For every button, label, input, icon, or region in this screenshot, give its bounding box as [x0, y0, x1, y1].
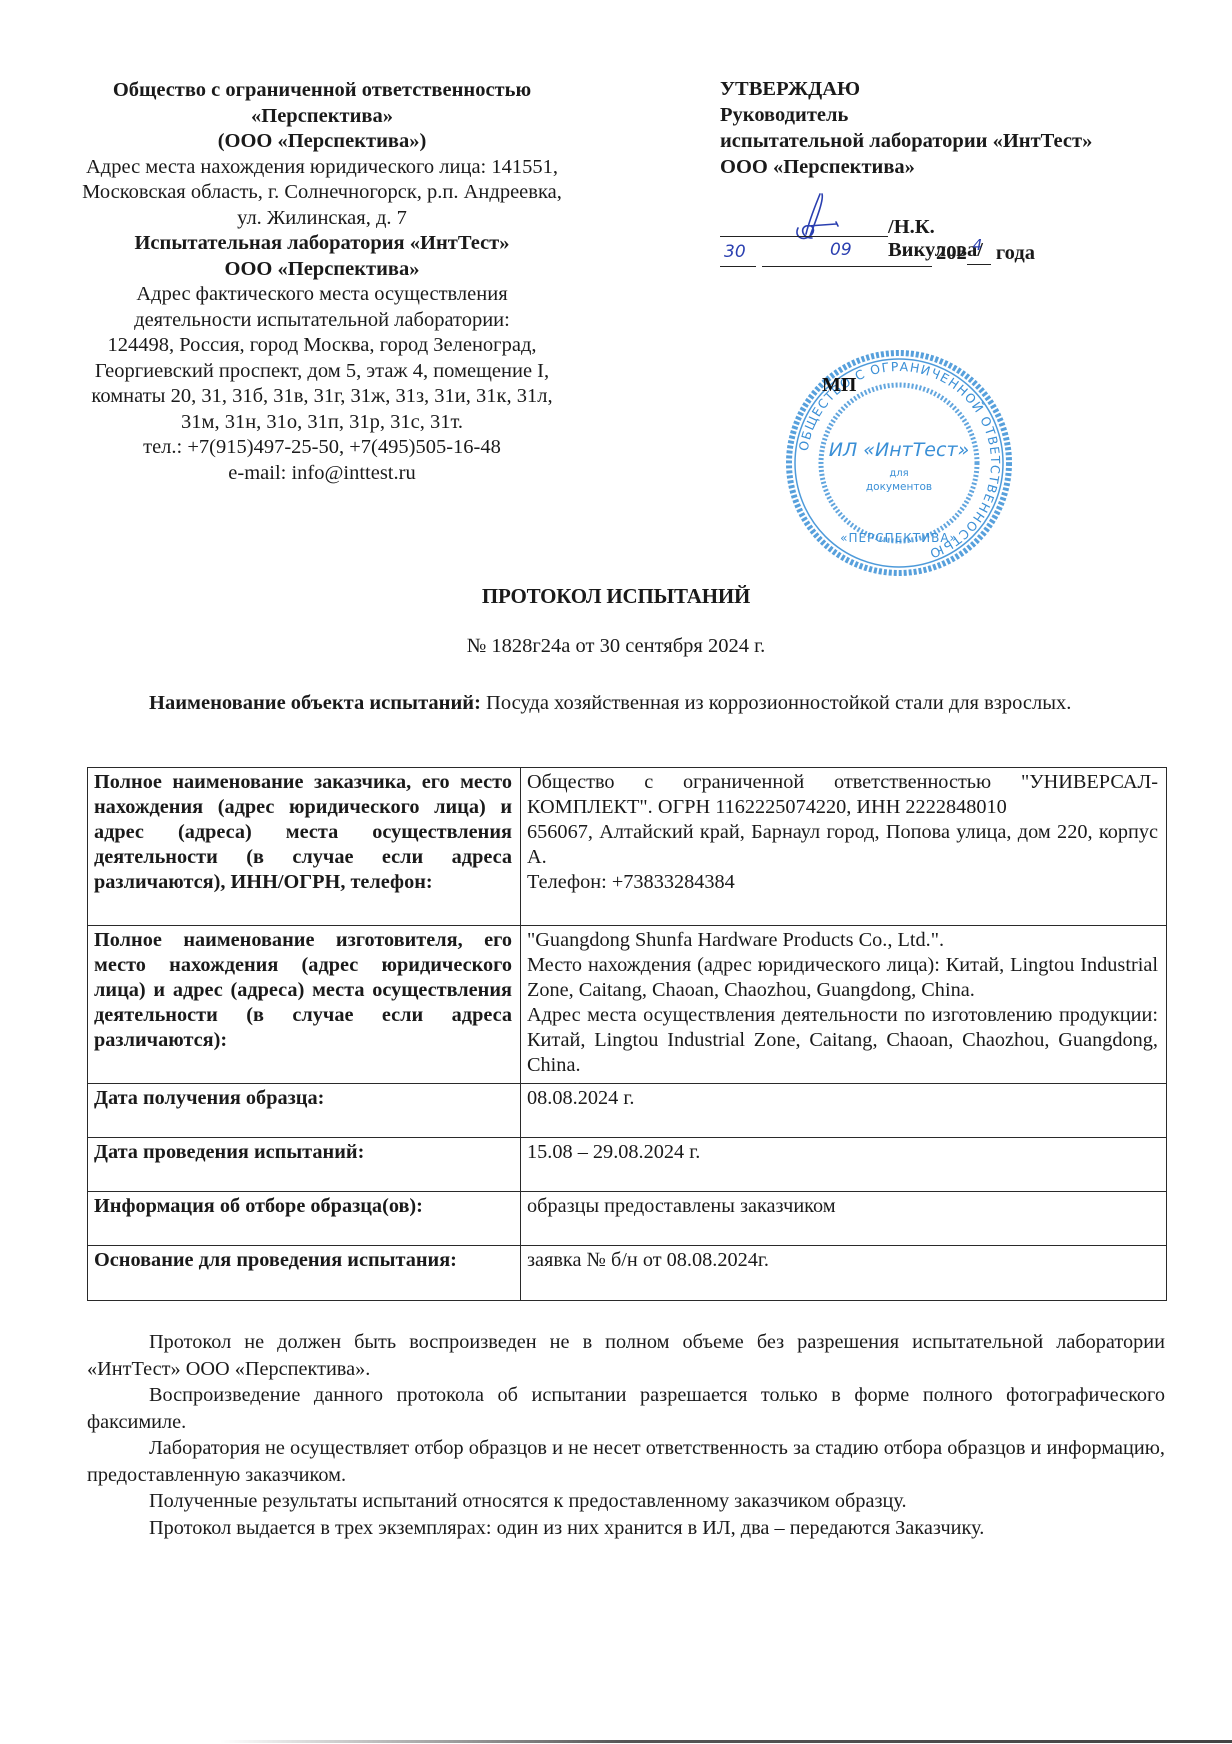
table-value: 15.08 – 29.08.2024 г. — [521, 1138, 1167, 1192]
lab-org: ООО «Перспектива» — [62, 257, 582, 283]
svg-text:ИЛ «ИнтТест»: ИЛ «ИнтТест» — [829, 439, 970, 461]
phone-numbers: тел.: +7(915)497-25-50, +7(495)505-16-48 — [62, 435, 582, 461]
document-page: Общество с ограниченной ответственностью… — [0, 0, 1232, 1744]
actual-address-line6: 31м, 31н, 31о, 31п, 31р, 31с, 31т. — [62, 410, 582, 436]
svg-text:«ПЕРСПЕКТИВА»: «ПЕРСПЕКТИВА» — [840, 531, 958, 545]
test-object: Наименование объекта испытаний: Посуда х… — [87, 689, 1165, 718]
handwritten-year-digit: 4 — [973, 236, 983, 254]
table-row-manufacturer: Полное наименование изготовителя, его ме… — [88, 926, 1167, 1084]
actual-address-line3: 124498, Россия, город Москва, город Зеле… — [62, 333, 582, 359]
table-row-test-basis: Основание для проведения испытания: заяв… — [88, 1246, 1167, 1301]
approval-date: 30 09 2024 года — [720, 240, 1060, 270]
org-name-line2: «Перспектива» — [62, 104, 582, 130]
table-label: Полное наименование изготовителя, его ме… — [88, 926, 521, 1084]
table-label: Полное наименование заказчика, его место… — [88, 768, 521, 926]
stamp-place-label: МП — [822, 374, 856, 397]
signature-underline — [720, 236, 888, 237]
document-title: ПРОТОКОЛ ИСПЫТАНИЙ — [0, 584, 1232, 609]
customer-address: 656067, Алтайский край, Барнаул город, П… — [527, 820, 1158, 870]
protocol-notes: Протокол не должен быть воспроизведен не… — [87, 1329, 1165, 1541]
legal-address-line1: Адрес места нахождения юридического лица… — [62, 155, 582, 181]
table-value: Общество с ограниченной ответственностью… — [521, 768, 1167, 926]
date-day-field: 30 — [720, 240, 756, 267]
test-object-label: Наименование объекта испытаний: — [149, 692, 481, 714]
table-row-customer: Полное наименование заказчика, его место… — [88, 768, 1167, 926]
note-paragraph: Протокол выдается в трех экземплярах: од… — [87, 1515, 1165, 1542]
note-paragraph: Лаборатория не осуществляет отбор образц… — [87, 1435, 1165, 1488]
table-row-test-dates: Дата проведения испытаний: 15.08 – 29.08… — [88, 1138, 1167, 1192]
approval-block: УТВЕРЖДАЮ Руководитель испытательной лаб… — [720, 76, 1180, 180]
manufacturer-name: "Guangdong Shunfa Hardware Products Co.,… — [527, 928, 1158, 953]
table-value: 08.08.2024 г. — [521, 1084, 1167, 1138]
manufacturer-legal-address: Место нахождения (адрес юридического лиц… — [527, 953, 1158, 1003]
year-digit-field: 4 — [967, 244, 991, 265]
date-month-field: 09 — [762, 240, 932, 267]
table-label: Дата проведения испытаний: — [88, 1138, 521, 1192]
svg-text:для: для — [889, 468, 908, 479]
protocol-info-table: Полное наименование заказчика, его место… — [87, 767, 1167, 1301]
approval-title: УТВЕРЖДАЮ — [720, 76, 1180, 102]
org-name-line1: Общество с ограниченной ответственностью — [62, 78, 582, 104]
customer-phone: Телефон: +73833284384 — [527, 870, 1158, 895]
approver-position-line1: Руководитель — [720, 102, 1180, 128]
approver-position-line2: испытательной лаборатории «ИнтТест» — [720, 128, 1180, 154]
legal-address-line3: ул. Жилинская, д. 7 — [62, 206, 582, 232]
svg-text:документов: документов — [866, 481, 932, 493]
table-row-sample-received: Дата получения образца: 08.08.2024 г. — [88, 1084, 1167, 1138]
date-year: 2024 года — [936, 242, 1035, 265]
actual-address-line2: деятельности испытательной лаборатории: — [62, 308, 582, 334]
table-value: образцы предоставлены заказчиком — [521, 1192, 1167, 1246]
handwritten-month: 09 — [830, 240, 852, 260]
org-short-name: (ООО «Перспектива») — [62, 129, 582, 155]
actual-address-line4: Георгиевский проспект, дом 5, этаж 4, по… — [62, 359, 582, 385]
note-paragraph: Полученные результаты испытаний относятс… — [87, 1488, 1165, 1515]
lab-name: Испытательная лаборатория «ИнтТест» — [62, 231, 582, 257]
handwritten-day: 30 — [724, 242, 746, 262]
table-value: "Guangdong Shunfa Hardware Products Co.,… — [521, 926, 1167, 1084]
year-suffix: года — [991, 242, 1035, 264]
note-paragraph: Воспроизведение данного протокола об исп… — [87, 1382, 1165, 1435]
approver-position-line3: ООО «Перспектива» — [720, 154, 1180, 180]
actual-address-line1: Адрес фактического места осуществления — [62, 282, 582, 308]
customer-name: Общество с ограниченной ответственностью… — [527, 770, 1158, 820]
test-object-value: Посуда хозяйственная из коррозионностойк… — [481, 692, 1071, 714]
official-stamp-icon: ОБЩЕСТВО С ОГРАНИЧЕННОЙ ОТВЕТСТВЕННОСТЬЮ… — [786, 350, 1012, 576]
scan-page-edge — [220, 1740, 1232, 1743]
actual-address-line5: комнаты 20, 31, 31б, 31в, 31г, 31ж, 31з,… — [62, 384, 582, 410]
table-value: заявка № б/н от 08.08.2024г. — [521, 1246, 1167, 1301]
protocol-number: № 1828г24а от 30 сентября 2024 г. — [0, 635, 1232, 658]
table-label: Дата получения образца: — [88, 1084, 521, 1138]
organization-header: Общество с ограниченной ответственностью… — [62, 78, 582, 486]
manufacturer-production-address: Адрес места осуществления деятельности п… — [527, 1003, 1158, 1078]
legal-address-line2: Московская область, г. Солнечногорск, р.… — [62, 180, 582, 206]
note-paragraph: Протокол не должен быть воспроизведен не… — [87, 1329, 1165, 1382]
email: e-mail: info@inttest.ru — [62, 461, 582, 487]
table-row-sampling-info: Информация об отборе образца(ов): образц… — [88, 1192, 1167, 1246]
year-prefix: 202 — [936, 242, 967, 264]
table-label: Основание для проведения испытания: — [88, 1246, 521, 1301]
table-label: Информация об отборе образца(ов): — [88, 1192, 521, 1246]
